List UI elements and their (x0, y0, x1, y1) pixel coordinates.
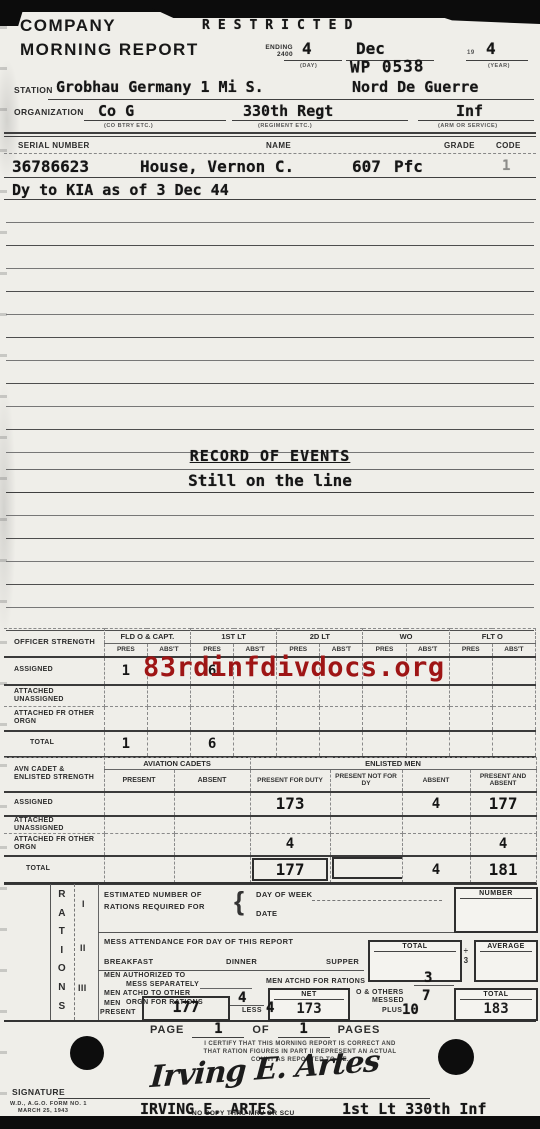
entry-rule (4, 177, 536, 178)
ruled-line (6, 246, 534, 269)
enlisted-row-attached-fr-other: ATTACHED FR OTHER ORGN 4 4 (4, 834, 536, 856)
entry-code: 1 (502, 158, 510, 174)
year-value: 4 (486, 39, 496, 58)
day-of-week-label: DAY OF WEEK (256, 891, 313, 899)
signature-label: SIGNATURE (12, 1088, 65, 1097)
enlisted-row-attached-unassigned: ATTACHED UNASSIGNED (4, 816, 536, 834)
others-line1: O & OTHERS (356, 989, 404, 997)
divide-by-3: ÷ 3 (461, 946, 471, 966)
part2-divider (98, 970, 364, 971)
day-sublabel: (DAY) (300, 63, 317, 69)
year-underline (466, 60, 528, 61)
section-divider (4, 136, 536, 137)
rations-vertical-label: RATIONS (54, 886, 70, 1016)
officer-row-attached-unassigned: ATTACHED UNASSIGNED (4, 685, 536, 707)
year-sublabel: (YEAR) (488, 63, 510, 69)
col-cadet-absent: ABSENT (174, 770, 250, 792)
form-title-line1: COMPANY (20, 17, 116, 36)
station-underline (48, 99, 534, 100)
organization-regiment: 330th Regt (243, 102, 333, 120)
ruled-line (6, 516, 534, 539)
brace: { (234, 886, 244, 917)
auth-line1: MEN AUTHORIZED TO (104, 972, 185, 980)
number-box: NUMBER (454, 887, 538, 933)
officer-col-wo: WO (363, 629, 449, 644)
record-of-events-entry: Still on the line (0, 471, 540, 490)
supper-label: SUPPER (326, 958, 359, 966)
officer-col-1st-lt: 1ST LT (190, 629, 276, 644)
roster-header-rule (4, 153, 536, 154)
average-box: AVERAGE (474, 940, 538, 982)
enlisted-row-total: TOTAL 177 4 181 (4, 856, 536, 884)
classification-banner: RESTRICTED (202, 18, 360, 33)
entry-number: 607 (352, 157, 381, 176)
pages-label: PAGES (338, 1024, 381, 1036)
entry-name: House, Vernon C. (140, 157, 294, 176)
col-present-not-for-dy: PRESENT NOT FOR DY (330, 770, 402, 792)
punch-hole-left (70, 1036, 104, 1070)
col-present-for-duty: PRESENT FOR DUTY (250, 770, 330, 792)
pages-value: 1 (278, 1021, 330, 1038)
plus-value: 10 (402, 1002, 419, 1018)
ending-time: 2400 (277, 51, 293, 58)
arm-sublabel: (ARM OR SERVICE) (438, 123, 498, 129)
men-present-label1: MEN (104, 1000, 121, 1008)
atchd-other-value: 4 (238, 990, 246, 1006)
arm-underline (418, 120, 534, 121)
enlisted-row-assigned: ASSIGNED 173 4 177 (4, 792, 536, 816)
part2-line1: MESS ATTENDANCE FOR DAY OF THIS REPORT (104, 938, 293, 946)
station-label: STATION (14, 86, 53, 95)
entry-grade: Pfc (394, 157, 423, 176)
ruled-line (6, 469, 534, 470)
station-value2: Nord De Guerre (352, 78, 478, 96)
aviation-cadets-group: AVIATION CADETS (104, 758, 250, 770)
col-absent: ABSENT (402, 770, 470, 792)
page-value: 1 (192, 1021, 244, 1038)
station-value: Grobhau Germany 1 Mi S. (56, 78, 264, 96)
ruled-line (6, 384, 534, 407)
organization-label: ORGANIZATION (14, 108, 84, 117)
blank-lines-lower (6, 493, 534, 631)
form-title-line2: MORNING REPORT (20, 41, 199, 60)
punch-hole-right (438, 1039, 474, 1075)
name-header: NAME (266, 142, 291, 151)
men-present-box: 177 (142, 996, 230, 1021)
scan-top-corner (430, 0, 540, 24)
atchd-other-line (230, 1005, 264, 1006)
less-label: LESS (242, 1007, 262, 1015)
others-line2: MESSED (372, 997, 404, 1005)
overprint-stamp: NO COPY THRU MRU OR SCU (192, 1110, 295, 1117)
ruled-line (6, 407, 534, 430)
section-divider (4, 132, 536, 134)
col-present-and-absent: PRESENT AND ABSENT (470, 770, 536, 792)
mess-total-label: TOTAL (374, 943, 456, 952)
ruled-line (6, 361, 534, 384)
men-present-value: 177 (172, 998, 199, 1016)
ruled-line (6, 269, 534, 292)
total-present-for-duty-boxed: 177 (252, 858, 328, 881)
enlisted-men-group: ENLISTED MEN (250, 758, 536, 770)
of-label: OF (252, 1024, 269, 1036)
net-box: NET 173 (268, 988, 350, 1021)
others-value: 7 (422, 988, 430, 1004)
certification-line1: I CERTIFY THAT THIS MORNING REPORT IS CO… (160, 1041, 440, 1048)
ending-label: ENDING 2400 (253, 44, 293, 58)
mess-total-box: TOTAL (368, 940, 462, 982)
atchd-rations-line (414, 985, 454, 986)
morning-report-scan: COMPANY MORNING REPORT RESTRICTED ENDING… (0, 0, 540, 1129)
rations-total-box: TOTAL 183 (454, 988, 538, 1021)
officer-col-flt-o: FLT O (449, 629, 535, 644)
ruled-line (6, 338, 534, 361)
signature-line (58, 1098, 430, 1099)
page-label: PAGE (150, 1024, 184, 1036)
ruled-line (6, 585, 534, 608)
rations-section: RATIONS I II III ESTIMATED NUMBER OF RAT… (4, 882, 536, 1022)
part3-numeral: III (78, 984, 87, 994)
part1-line1: ESTIMATED NUMBER OF (104, 891, 202, 899)
net-label: NET (274, 991, 344, 1000)
subcol-pres: PRES (104, 644, 147, 657)
entry-note: Dy to KIA as of 3 Dec 44 (12, 181, 229, 199)
ruled-line (6, 539, 534, 562)
number-box-label: NUMBER (460, 890, 532, 899)
rations-total-label: TOTAL (460, 991, 532, 1000)
divider (98, 884, 99, 1020)
officer-row-attached-fr-other: ATTACHED FR OTHER ORGN (4, 707, 536, 731)
atchd-rations-label: MEN ATCHD FOR RATIONS (266, 978, 365, 986)
officer-row-header: OFFICER STRENGTH (4, 629, 104, 657)
officer-strength-table: OFFICER STRENGTH FLD O & CAPT. 1ST LT 2D… (4, 628, 536, 758)
plus-label: PLUS (382, 1007, 402, 1015)
col-cadet-present: PRESENT (104, 770, 174, 792)
company-sublabel: (CO BTRY ETC.) (104, 123, 153, 129)
receipt-stamp: WP 0538 (350, 56, 425, 76)
company-underline (84, 120, 226, 121)
form-number-line2: MARCH 25, 1943 (18, 1108, 68, 1114)
part1-line2: RATIONS REQUIRED FOR (104, 903, 205, 911)
page-count-row: PAGE 1 OF 1 PAGES (150, 1024, 450, 1038)
ruled-line (6, 223, 534, 246)
net-value: 173 (270, 1001, 348, 1017)
ending-label-text: ENDING (265, 44, 293, 51)
officer-col-2d-lt: 2D LT (277, 629, 363, 644)
code-header: CODE (496, 142, 521, 151)
average-label: AVERAGE (480, 943, 532, 952)
officer-row-total: TOTAL 1 6 (4, 731, 536, 757)
ruled-line (6, 292, 534, 315)
less-value: 4 (266, 1000, 274, 1016)
enlisted-row-header: AVN CADET & ENLISTED STRENGTH (4, 758, 104, 792)
part2-numeral: II (80, 944, 86, 954)
subcol-pres: PRES (449, 644, 492, 657)
form-number-line1: W.D., A.G.O. FORM NO. 1 (10, 1101, 87, 1107)
ruled-line (6, 315, 534, 338)
part1-numeral: I (82, 900, 85, 910)
date-label: DATE (256, 910, 277, 918)
auth-line2: MESS SEPARATELY (126, 981, 199, 989)
ruled-line (6, 562, 534, 585)
breakfast-label: BREAKFAST (104, 958, 153, 966)
typed-grade-org: 1st Lt 330th Inf (342, 1100, 487, 1118)
entry-serial: 36786623 (12, 157, 89, 176)
day-value: 4 (302, 39, 312, 58)
year-prefix: 19 (467, 50, 475, 56)
mess-separately-line (200, 988, 252, 989)
subcol-abst: ABS'T (492, 644, 535, 657)
blank-lines-upper (6, 200, 534, 453)
regiment-underline (232, 120, 408, 121)
ruled-line (6, 200, 534, 223)
serial-number-header: SERIAL NUMBER (18, 142, 90, 151)
men-present-label2: PRESENT (100, 1009, 136, 1017)
grade-header: GRADE (444, 142, 475, 151)
record-of-events-title: RECORD OF EVENTS (0, 447, 540, 465)
month-value: Dec (356, 39, 385, 58)
divider (74, 884, 75, 1020)
dinner-label: DINNER (226, 958, 257, 966)
day-of-week-line (312, 900, 442, 901)
ruled-line (6, 493, 534, 516)
organization-arm: Inf (456, 102, 483, 120)
officer-col-fldo-capt: FLD O & CAPT. (104, 629, 190, 644)
organization-company: Co G (98, 102, 134, 120)
day-underline (284, 60, 342, 61)
enlisted-strength-table: AVN CADET & ENLISTED STRENGTH AVIATION C… (4, 757, 537, 885)
regiment-sublabel: (REGIMENT ETC.) (258, 123, 312, 129)
divider (50, 884, 51, 1020)
watermark: 83rdinfdivdocs.org (143, 652, 445, 683)
atchd-rations-value: 3 (424, 970, 432, 986)
total-present-not-for-dy-boxed (332, 857, 403, 879)
rations-total-value: 183 (456, 1001, 536, 1017)
